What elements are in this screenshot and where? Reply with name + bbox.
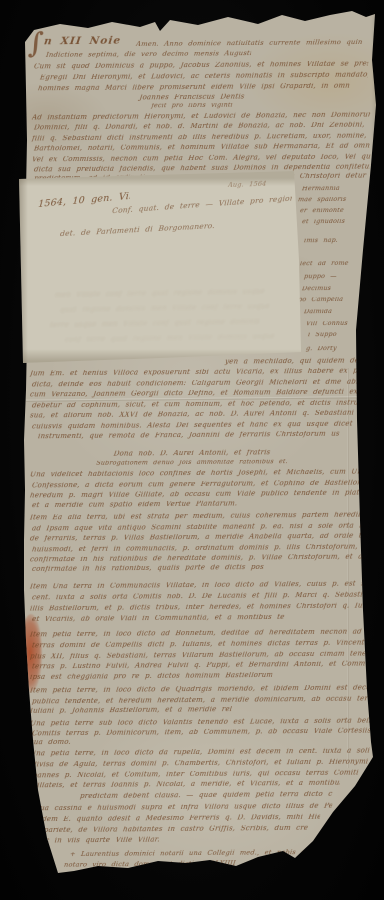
note-subtitle-line: det. de Parlamenti di Borgomanero. bbox=[60, 222, 220, 238]
manuscript-line: Egregii Dni Hieronymi, et Ludovici, ac c… bbox=[40, 72, 369, 82]
margin-fragment: et ignudolis bbox=[302, 219, 373, 226]
manuscript-line: Vel ex Commissis, necnon cum petia Hoc C… bbox=[32, 154, 371, 164]
show-through: terre usque men Villate conf quat region… bbox=[50, 318, 291, 329]
manuscript-line: Una petia terre, in loco dicto da rupell… bbox=[30, 748, 371, 758]
manuscript-line: Una petia terre sub loco dicto Valantis … bbox=[30, 718, 371, 728]
margin-fragment: er enimonte bbox=[300, 208, 373, 215]
manuscript-line: dicta sua preiudicia faciendis, que habe… bbox=[34, 164, 371, 174]
margin-fragment: i Suppo bbox=[308, 332, 371, 339]
manuscript-line: terras p. Lustino Fulvii, Andrea Fulvii … bbox=[32, 661, 371, 671]
manuscript-line: Item Ea alia terra, ubi est strata per m… bbox=[30, 512, 371, 522]
manuscript-line: Indictione septima, die vero decimo mens… bbox=[46, 50, 252, 59]
manuscript-line: Bartholomei, notarii, Communis, et homin… bbox=[34, 143, 371, 153]
manuscript-line: plus XII, filius q. Sebastiani, terras V… bbox=[30, 651, 371, 661]
margin-fragment: Vill Connus bbox=[306, 321, 371, 328]
show-through: conf terre quat regione men Villate domi… bbox=[65, 333, 276, 344]
heading-invocation: n XII Noie bbox=[43, 36, 134, 47]
note-date-fragment: Aug. 1564 bbox=[228, 180, 289, 189]
manuscript-line: sua, et aliorum nob. XXVI de Bonazia, ac… bbox=[30, 410, 371, 420]
manuscript-line: terras domini de Campellis dicti p. Iuli… bbox=[32, 640, 371, 650]
manuscript-line: dicta, deinde eos habuit condicionem: Ca… bbox=[32, 379, 371, 389]
manuscript-line: fecit pro libris viginti bbox=[0, 101, 384, 111]
manuscript-line: Iuliani p. Johannis Bastiellorum, et a m… bbox=[30, 706, 233, 715]
manuscript-line: cent. iuxta a solis orta Comitis nob. D.… bbox=[32, 592, 371, 602]
manuscript-line: Item petia terre, in loco dicto ad Bonne… bbox=[30, 629, 371, 639]
margin-fragment: Decimus bbox=[302, 286, 371, 293]
note-title-line: Conf. quat. de terre — Villate pro regio… bbox=[112, 195, 292, 215]
notary-signature: + Laurentius dominici notarii una Colleg… bbox=[70, 849, 333, 858]
margin-fragment: po Campelia bbox=[298, 297, 373, 304]
manuscript-line: Qua cassina e huiusmodi supra et infra V… bbox=[34, 803, 333, 813]
manuscript-line: confirmatae in his rationibus de heredit… bbox=[30, 554, 365, 564]
manuscript-line: heredum p. magri Villae Gilliate, ab occ… bbox=[30, 490, 371, 500]
margin-fragment: Dalmida bbox=[304, 309, 371, 316]
manuscript-line: Jum Em. et henius Villoca exposuerunt si… bbox=[30, 368, 371, 378]
show-through: men Villate conf terre quat regione domi… bbox=[55, 288, 286, 299]
manuscript-line: filii q. Sebastiani dicti instrumenti ab… bbox=[32, 133, 371, 143]
manuscript-line: ipsa est cheggiania pro re p. dictos hom… bbox=[30, 672, 273, 681]
manuscript-line: Amen. Anno dominice natiuitatis currente… bbox=[136, 39, 363, 48]
manuscript-line: de ferrariis, terras p. Villas Bastiello… bbox=[30, 533, 371, 543]
manuscript-line: illis Bastiellorum, et p. dictis tribus,… bbox=[30, 603, 371, 613]
manuscript-line: Confessione, a dicta eorum cum genere Fe… bbox=[32, 480, 371, 490]
notary-signature: notaro viro dicta domum et dictis MDLXII… bbox=[64, 860, 237, 868]
manuscript-line: Ibidem E. quanto adesit a Medesimo Ferre… bbox=[32, 814, 321, 824]
margin-fragment: lect ad rome bbox=[300, 261, 373, 268]
manuscript-line: Item Una terra in Communaciis Villatae, … bbox=[30, 581, 371, 591]
margin-fragment: mae spalloris bbox=[298, 197, 373, 204]
manuscript-line: confirmatae in his rationibus, qualis pa… bbox=[32, 564, 265, 573]
manuscript-line: Dominici, filii q. Donardi, et nob. d. M… bbox=[34, 122, 371, 132]
manuscript-line: et a meridie cum spatio eidem Vertue Pla… bbox=[32, 500, 315, 509]
manuscript-line: instrumenti, que remota de Franca, Joann… bbox=[38, 431, 341, 441]
manuscript-line: homines magna Marci libere promiserunt e… bbox=[38, 83, 351, 93]
show-through: quat regione dominis men Villate conf te… bbox=[60, 303, 281, 314]
manuscript-line: Item petia terre, in loco dicto de Quadr… bbox=[30, 685, 371, 695]
manuscript-line: Ad instantiam predictorum Hieronymi, et … bbox=[32, 112, 371, 122]
manuscript-line: Villateis, et terras Ioannis p. Nicolai,… bbox=[32, 780, 341, 790]
margin-fragment: puppo — bbox=[304, 274, 371, 281]
manuscript-line: Una videlicet habitacionis loco confines… bbox=[30, 469, 371, 479]
manuscript-line: Ioannes p. Nicolai, et Comitum, inter Co… bbox=[30, 770, 359, 780]
manuscript-line: et Vicariis, ab orale Viali in Communant… bbox=[32, 614, 285, 623]
centered-heading: Dona nob. D. Aurei Antonii, et fratris bbox=[0, 448, 384, 458]
manuscript-line: publica tendente, et heredum hereditatem… bbox=[32, 696, 371, 706]
manuscript-sheet: ∫n XII NoieAmen. Anno dominice natiuitat… bbox=[0, 0, 384, 900]
margin-fragment: imis nap. bbox=[304, 238, 373, 245]
manuscript-line: cuiusvis quidam hominibus. Alesta Dei se… bbox=[32, 421, 371, 431]
margin-fragment: g. Dorty bbox=[306, 346, 371, 353]
manuscript-line: a pariete, de Villora habitantes in cast… bbox=[34, 825, 309, 834]
manuscript-line: divisa de Agula, terras domini p. Chambe… bbox=[32, 759, 371, 769]
photo-background: ∫n XII NoieAmen. Anno dominice natiuitat… bbox=[0, 0, 384, 900]
manuscript-line: Comitis terras p. Dominicorum, item, ab … bbox=[32, 728, 371, 738]
fold-crease-vertical bbox=[347, 368, 349, 768]
manuscript-line: huiusmodi, et ferri in communaciis, p. o… bbox=[32, 544, 371, 554]
manuscript-line: Cum sit quod Dominicus a puppo, Jacobus … bbox=[34, 61, 369, 71]
manuscript-line: Subrogationem denuo Jois ammonitae ratio… bbox=[0, 458, 384, 468]
margin-fragment: Hermannia bbox=[302, 186, 373, 193]
manuscript-line: yen a mechilado, qui quidem dei bbox=[225, 357, 374, 365]
manuscript-line: hoc in viis quarte Ville Villar. bbox=[36, 836, 179, 844]
manuscript-line: ad Ipsam aque vita antiquo Scamini stabi… bbox=[32, 523, 371, 533]
manuscript-line: sua domo. bbox=[30, 739, 93, 747]
manuscript-line: predictam debent clausa. — quae quidem p… bbox=[80, 791, 333, 800]
